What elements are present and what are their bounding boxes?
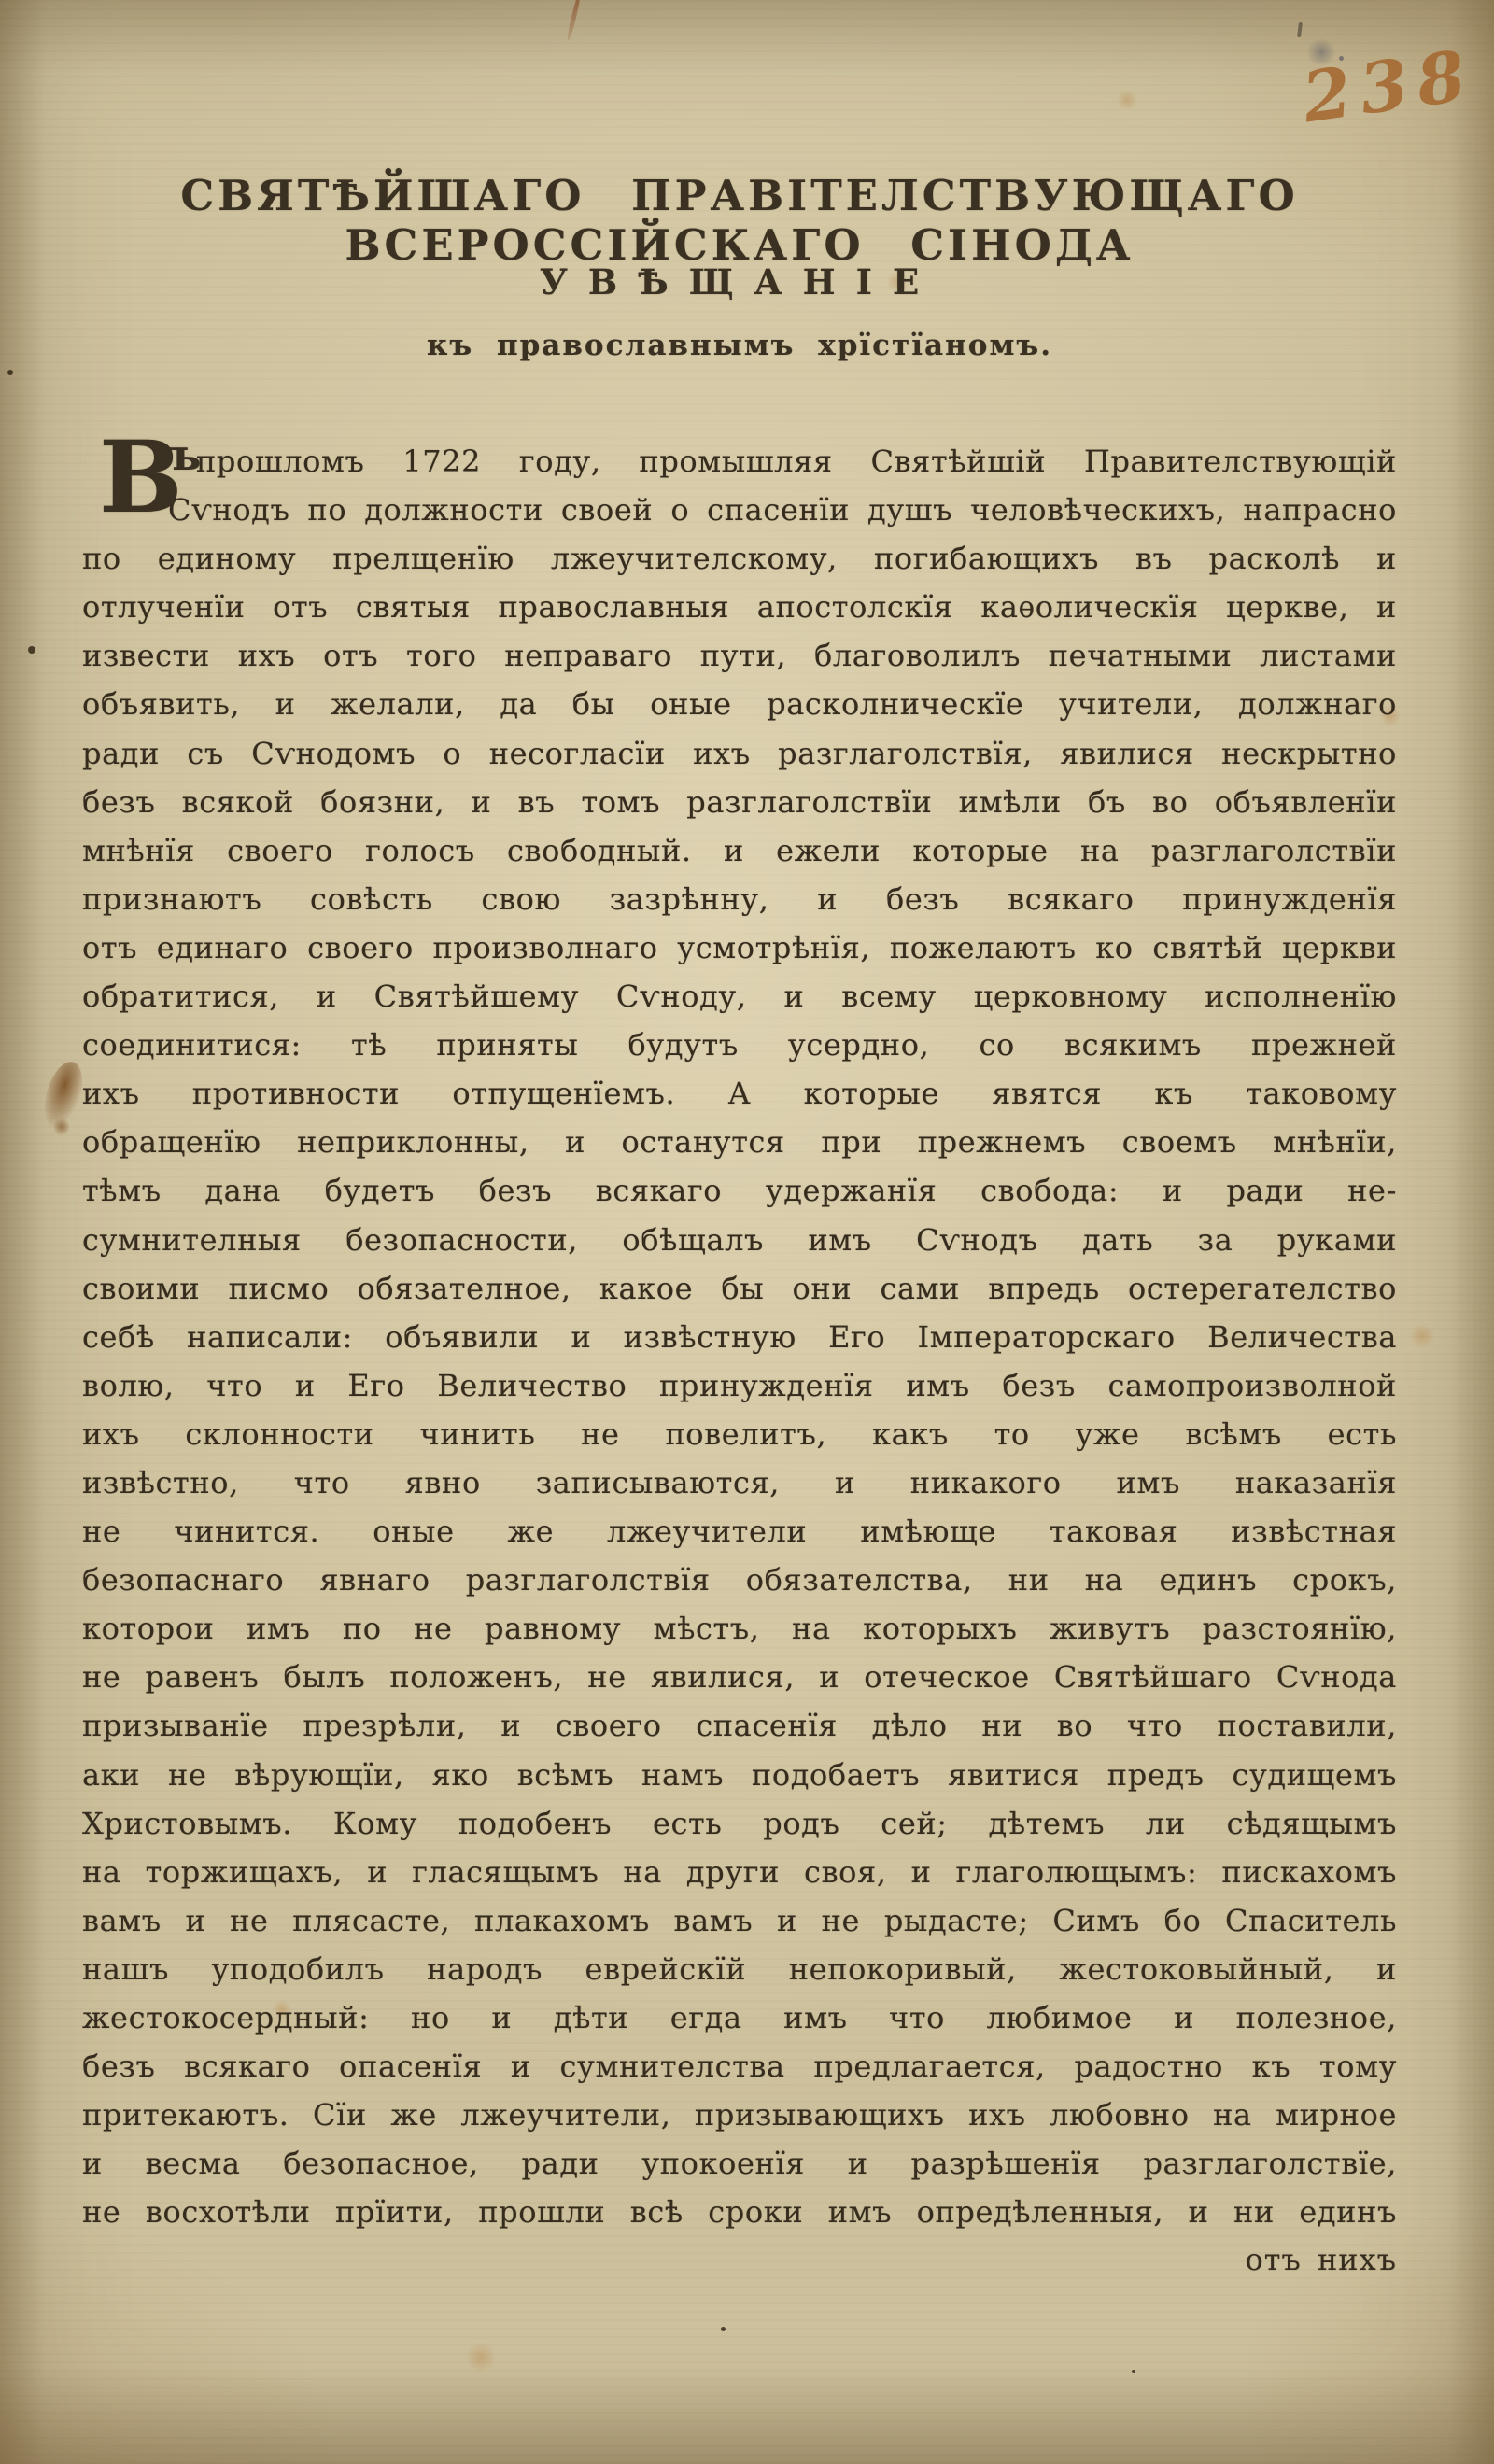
document-subtitle: къ православнымъ хрїстїаномъ. <box>82 329 1397 362</box>
body-line: жестокосердный: но и дѣти егда имъ что л… <box>82 1993 1397 2042</box>
body-line: не равенъ былъ положенъ, не явилися, и о… <box>82 1653 1397 1701</box>
scanned-document-page: 238 СВЯТѢЙШАГО ПРАВІТЕЛСТВУЮЩАГО ВСЕРОСС… <box>0 0 1494 2464</box>
body-line: которои имъ по не равному мѣстъ, на кото… <box>82 1604 1397 1653</box>
ink-speck <box>28 646 35 654</box>
body-line: безопаснаго явнаго разглаголствїя обязат… <box>82 1556 1397 1604</box>
body-line: призыванїе презрѣли, и своего спасенїя д… <box>82 1701 1397 1750</box>
body-line: обращенїю неприклонны, и останутся при п… <box>82 1118 1397 1166</box>
body-line: соединитися: тѣ приняты будутъ усердно, … <box>82 1021 1397 1069</box>
ink-stroke-top-edge <box>566 0 582 41</box>
pen-tick-mark <box>1297 22 1303 37</box>
body-line: вамъ и не плясасте, плакахомъ вамъ и не … <box>82 1896 1397 1945</box>
body-text: В ъ прошломъ 1722 году, промышляя Святѣй… <box>82 437 1397 2236</box>
foxing-spot <box>467 2342 495 2373</box>
body-line: мнѣнїя своего голосъ свободный. и ежели … <box>82 826 1397 875</box>
body-line: объявить, и желали, да бы оные расколнич… <box>82 680 1397 728</box>
folio-number: 238 <box>1298 35 1480 139</box>
body-line: волю, что и Его Величество принужденїя и… <box>82 1361 1397 1410</box>
body-line: извѣстно, что явно записываются, и никак… <box>82 1458 1397 1507</box>
body-line: и весма безопасное, ради упокоенїя и раз… <box>82 2139 1397 2188</box>
dropcap-hard-sign: ъ <box>168 433 201 476</box>
body-line: не чинится. оные же лжеучители имѣюще та… <box>82 1507 1397 1556</box>
foxing-spot <box>1117 90 1137 110</box>
document-title-line1: СВЯТѢЙШАГО ПРАВІТЕЛСТВУЮЩАГО ВСЕРОССІЙСК… <box>82 171 1397 270</box>
ink-blot-left-margin-small <box>54 1117 69 1137</box>
body-line: притекаютъ. Сїи же лжеучители, призывающ… <box>82 2091 1397 2139</box>
body-line: ихъ склонности чинить не повелитъ, какъ … <box>82 1410 1397 1458</box>
body-line: не восхотѣли прїити, прошли всѣ сроки им… <box>82 2188 1397 2236</box>
body-line: Христовымъ. Кому подобенъ есть родъ сей;… <box>82 1799 1397 1848</box>
body-line: отлученїи отъ святыя православныя апосто… <box>82 583 1397 631</box>
body-line: тѣмъ дана будетъ безъ всякаго удержанїя … <box>82 1166 1397 1215</box>
ink-speck <box>1132 2370 1135 2373</box>
body-line: признаютъ совѣсть свою зазрѣнну, и безъ … <box>82 875 1397 923</box>
body-line: по единому прелщенїю лжеучителскому, пог… <box>82 534 1397 583</box>
body-line: на торжищахъ, и гласящымъ на други своя,… <box>82 1848 1397 1896</box>
body-line: безъ всякой боязни, и въ томъ разглаголс… <box>82 778 1397 826</box>
body-line: ихъ противности отпущенїемъ. А которые я… <box>82 1069 1397 1118</box>
body-line: безъ всякаго опасенїя и сумнителства пре… <box>82 2042 1397 2091</box>
body-line: обратитися, и Святѣйшему Сѵноду, и всему… <box>82 972 1397 1021</box>
body-line: своими писмо обязателное, какое бы они с… <box>82 1264 1397 1313</box>
body-line: извести ихъ отъ того неправаго пути, бла… <box>82 631 1397 680</box>
document-title-line2: УВѢЩАНІЕ <box>82 261 1397 303</box>
body-line: себѣ написали: объявили и извѣстную Его … <box>82 1313 1397 1361</box>
ink-speck <box>7 370 13 375</box>
body-line: отъ единаго своего произволнаго усмотрѣн… <box>82 923 1397 972</box>
body-line: аки не вѣрующїи, яко всѣмъ намъ подобает… <box>82 1751 1397 1799</box>
body-line: нашъ уподобилъ народъ еврейскїй непокори… <box>82 1945 1397 1993</box>
body-line: сумнителныя безопасности, обѣщалъ имъ Сѵ… <box>82 1216 1397 1264</box>
body-line: ради съ Сѵнодомъ о несогласїи ихъ разгла… <box>82 729 1397 778</box>
foxing-spot <box>1410 1324 1434 1348</box>
body-line: прошломъ 1722 году, промышляя Святѣйшій … <box>82 437 1397 486</box>
catchword: отъ нихъ <box>82 2235 1397 2284</box>
body-line: Сѵнодъ по должности своей о спасенїи душ… <box>82 486 1397 534</box>
ink-speck <box>721 2327 726 2331</box>
